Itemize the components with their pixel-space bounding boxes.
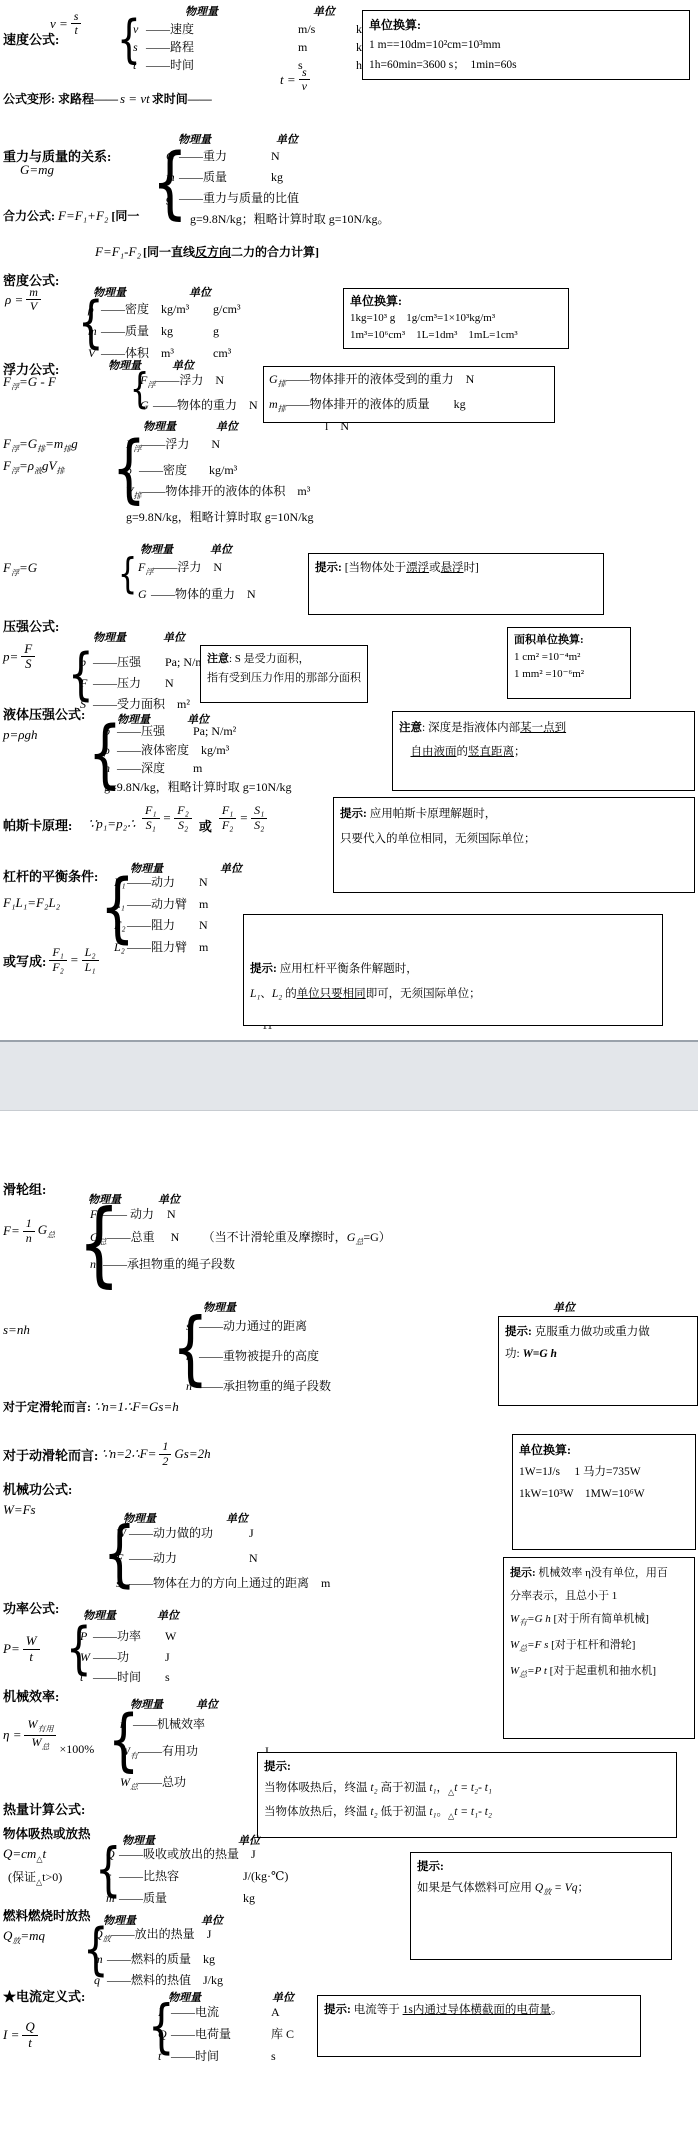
box-line: 当物体吸热后，终温 t₂ 高于初温 t₁，△t = t₂- t₁ [264, 1778, 670, 1802]
qty-label: 物理量 [93, 629, 126, 645]
formula-lhs: v = [50, 16, 68, 32]
quantity-row: W——功J [80, 1647, 187, 1668]
combine-formula1-note: [同一 [111, 207, 139, 224]
quantity-row: L₂——阻力臂m [114, 937, 229, 959]
quantity-label: ——放出的热量 [111, 1924, 195, 1945]
quantity-unit: （当不计滑轮重及摩擦时，G总=G） [203, 1226, 391, 1253]
quantity-unit: m/s [298, 20, 344, 38]
quantity-label: ——动力 [127, 872, 187, 894]
quantity-label: ——物体的重力 [151, 583, 235, 606]
box-line: 只要代入的单位相同，无须国际单位； [340, 827, 688, 852]
quantity-label: ——吸收或放出的热量 [119, 1843, 239, 1865]
formula-lhs: F= [3, 1223, 20, 1239]
quantity-label: ——阻力臂 [127, 937, 187, 959]
quantity-symbol: c [106, 1865, 119, 1887]
moving-pulley-line: 对于动滑轮而言: ∵n=2∴F= 12 Gs=2h [3, 1434, 211, 1474]
moving-pulley-label: 对于动滑轮而言: [3, 1445, 98, 1464]
quantity-row: F——动力N [116, 1546, 345, 1571]
quantity-row: p——压强Pa; N/m² [80, 652, 208, 673]
quantity-unit: Pa; N/m² [193, 722, 236, 741]
heat-tip-box: 提示:当物体吸热后，终温 t₂ 高于初温 t₁，△t = t₂- t₁当物体放热… [257, 1752, 677, 1838]
power-title: 功率公式: [3, 1598, 59, 1617]
quantity-row: s——物体在力的方向上通过的距离m [116, 1571, 345, 1596]
buoyancy-formula4: F浮=G [3, 560, 37, 579]
quantity-label: ——电流 [171, 2001, 259, 2023]
gas-fuel-tip-box: 提示:如果是气体燃料可应用 Q放 = Vq； [410, 1852, 672, 1960]
quantity-symbol: G [166, 146, 179, 167]
buoyancy-formula3: F浮=ρ液gV排 [3, 458, 64, 477]
fraction-numerator: s [299, 66, 310, 80]
box-line: 1kW=10³W 1MW=10⁶W [519, 1483, 689, 1505]
power-unit-conversion-box: 单位换算: 1W=1J/s 1 马力=735W1kW=10³W 1MW=10⁶W [512, 1434, 696, 1550]
box-line: 提示: 克服重力做功或重力做 [505, 1321, 691, 1343]
combine-formula2: F=F₁-F₂ [95, 244, 141, 260]
fraction-denominator: t [71, 24, 82, 37]
or-label: 或 [199, 816, 212, 835]
density-quantity-list: ρ——密度kg/m³g/cm³m——质量kggV——体积m³cm³ [88, 298, 253, 364]
quantity-row: F₂——阻力N [114, 915, 229, 937]
current-tip-box: 提示: 电流等于 1s内通过导体横截面的电荷量。 [317, 1995, 641, 2057]
box-lines: 1 m==10dm=10²cm=10³mm1h=60min=3600 s； 1m… [369, 35, 683, 75]
percent-multiplier: ×100% [59, 1742, 94, 1757]
box-line: 1m³=10⁶cm³ 1L=1dm³ 1mL=1cm³ [350, 327, 562, 344]
equals-sign: = [163, 810, 172, 826]
quantity-row: m ——燃料的质量kg [94, 1949, 231, 1970]
quantity-unit: kg [271, 167, 301, 188]
quantity-unit-header: 物理量单位 [178, 131, 298, 147]
quantity-label: ——电荷量 [171, 2023, 259, 2045]
current-quantity-list: I——电流AQ——电荷量库 Ct——时间s [158, 2001, 294, 2067]
box-line: 1h=60min=3600 s； 1min=60s [369, 55, 683, 75]
box-lines: 1 cm² =10⁻⁴m²1 mm² =10⁻⁶m² [514, 649, 624, 683]
quantity-label: ——时间 [171, 2045, 259, 2067]
quantity-unit: g [213, 320, 253, 342]
quantity-row: ρ——液体密度kg/m³ [104, 741, 292, 760]
formula-transform-line: 公式变形: 求路程—— s = vt 求时间—— [3, 90, 212, 107]
pressure-quantity-list: p——压强Pa; N/m²F——压力NS——受力面积m² [80, 652, 208, 715]
quantity-label: ——液体密度 [117, 741, 189, 760]
quantity-row: ρ——密度kg/m³ [126, 460, 327, 482]
quantity-label: ——时间 [146, 56, 286, 74]
lever-tip-box: 提示: 应用杠杆平衡条件解题时，L₁、L₂ 的单位只要相同即可，无须国际单位； [243, 914, 663, 1026]
quantity-symbol: L₁ [114, 894, 127, 916]
quantity-symbol: n [186, 1371, 199, 1401]
fraction: F₁F₂ [219, 804, 237, 831]
liquid-pressure-formula: p=ρgh [3, 727, 38, 743]
quantity-symbol: G [140, 395, 153, 415]
pascal-premise: ∵p₁=p₂∴ [88, 816, 135, 832]
quantity-row: G——重力N [166, 146, 390, 167]
quantity-row: G总——总重N（当不计滑轮重及摩擦时，G总=G） [90, 1226, 391, 1253]
quantity-row: Q ——吸收或放出的热量J [106, 1843, 288, 1865]
formula-lhs: p= [3, 649, 18, 665]
quantity-symbol: s [186, 1311, 199, 1341]
buoyancy-formula2: F浮=G排=m排g [3, 436, 78, 455]
fraction-denominator: L₁ [82, 961, 99, 974]
quantity-row: L₁——动力臂m [114, 894, 229, 916]
quantity-label: ——物体排开的液体的体积 [141, 481, 285, 503]
quantity-unit: g/cm³ [213, 298, 253, 320]
unit-label: 单位 [196, 1696, 218, 1712]
pulley-title: 滑轮组: [3, 1179, 46, 1198]
work-formula: W=Fs [3, 1502, 36, 1518]
moving-pulley-premise: ∵n=2∴F= [101, 1446, 156, 1462]
box-line: 提示: [417, 1857, 665, 1878]
page-separator [0, 1040, 698, 1111]
quantity-unit-header: 物理量单位 [143, 418, 238, 434]
quantity-row: V排——物体排开的液体的体积m³ [126, 481, 327, 507]
quantity-symbol: F [80, 673, 93, 694]
box-lines: 提示:如果是气体燃料可应用 Q放 = Vq； [417, 1857, 665, 1902]
box-line: L₁、L₂ 的单位只要相同即可，无须国际单位； [250, 982, 656, 1007]
quantity-symbol: W有 [120, 1738, 138, 1769]
combined-force-line1: 合力公式: F=F₁+F₂ [同一 [3, 207, 139, 224]
fraction-numerator: F₂ [174, 804, 192, 818]
quantity-label: ——密度 [139, 460, 197, 482]
quantity-symbol: t [80, 1667, 93, 1688]
box-line: 分率表示，且总小于 1 [510, 1585, 688, 1608]
buoyancy-quantity-list1: F浮——浮力NG——物体的重力N [140, 370, 275, 415]
quantity-symbol: s [133, 38, 146, 56]
fraction: st [71, 10, 82, 37]
heat-subtitle: 物体吸热或放热 [3, 1824, 91, 1842]
quantity-symbol: m [106, 1887, 119, 1909]
fuel-title: 燃料燃烧时放热 [3, 1906, 91, 1924]
quantity-label: ——总功 [138, 1769, 252, 1796]
quantity-symbol: F浮 [138, 556, 153, 583]
displaced-liquid-box: G排——物体排开的液体受到的重力 Nm排——物体排开的液体的质量 kg [263, 366, 555, 423]
quantity-unit: s [165, 1667, 187, 1688]
pascal-formula: F₁S₁ = F₂S₂ 或 F₁F₂ = S₁S₂ [142, 794, 267, 842]
transform-label2: 求时间—— [152, 90, 212, 107]
pascal-title: 帕斯卡原理: [3, 815, 72, 834]
quantity-row: t——时间s [158, 2045, 294, 2067]
quantity-row: g=9.8N/kg；粗略计算时取 g=10N/kg。 [166, 209, 390, 230]
quantity-row: W——动力做的功J [116, 1521, 345, 1546]
quantity-symbol: q [94, 1970, 107, 1991]
quantity-row: p——压强Pa; N/m² [104, 722, 292, 741]
quantity-symbol: Q [106, 1843, 119, 1865]
quantity-symbol: I [158, 2001, 171, 2023]
quantity-symbol: L₂ [114, 937, 127, 959]
fraction-denominator: F₂ [49, 961, 67, 974]
quantity-symbol: s [116, 1571, 129, 1596]
box-line: 1 cm² =10⁻⁴m² [514, 649, 624, 666]
box-line: 提示: 应用杠杆平衡条件解题时， [250, 957, 656, 982]
quantity-label: ——密度 [101, 298, 149, 320]
quantity-label: ——浮力 [153, 556, 201, 579]
lever-alt-label: 或写成: [3, 951, 46, 970]
fraction-numerator: F [21, 642, 35, 657]
box-line: m排——物体排开的液体的质量 kg [269, 394, 549, 419]
power-formula: P= Wt [3, 1625, 40, 1673]
lever-title: 杠杆的平衡条件: [3, 866, 98, 885]
quantity-label: ——承担物重的绳子段数 [199, 1371, 531, 1401]
quantity-unit: m [193, 759, 223, 778]
fraction-numerator: W有用 [24, 1718, 56, 1735]
box-lines: 注意: 深度是指液体内部某一点到 自由液面的竖直距离； [399, 716, 688, 764]
transform-formula2: t = sv [280, 66, 310, 93]
quantity-label: ——总重 [107, 1226, 159, 1249]
fraction: 1n [23, 1217, 35, 1244]
fraction-denominator: S₂ [174, 819, 192, 832]
box-line: W总=F s [对于杠杆和滑轮] [510, 1634, 688, 1660]
formula-rhs: G总 [38, 1222, 55, 1241]
quantity-row: F浮——浮力N [126, 434, 327, 460]
lever-formula: F₁L₁=F₂L₂ [3, 895, 60, 911]
formula-lhs: P= [3, 1641, 20, 1657]
quantity-row: η——机械效率 [120, 1711, 284, 1738]
quantity-unit: J/(kg·℃) [243, 1865, 288, 1887]
quantity-symbol: v [133, 20, 146, 38]
quantity-unit: kg [161, 320, 201, 342]
quantity-row: ρ——密度kg/m³g/cm³ [88, 298, 253, 320]
depth-note-box: 注意: 深度是指液体内部某一点到 自由液面的竖直距离； [392, 711, 695, 791]
quantity-label: ——重力 [179, 146, 259, 167]
quantity-label: g=9.8N/kg，粗略计算时取 g=10N/kg [126, 507, 314, 529]
quantity-symbol: Q放 [94, 1924, 111, 1949]
unit-label: 单位 [210, 541, 232, 557]
fraction: F₁S₁ [142, 804, 160, 831]
quantity-symbol: g [166, 188, 179, 209]
fraction: F₂S₂ [174, 804, 192, 831]
quantity-symbol: p [104, 722, 117, 741]
quantity-label: ——浮力 [155, 370, 203, 390]
area-unit-box: 面积单位换算: 1 cm² =10⁻⁴m²1 mm² =10⁻⁶m² [507, 627, 631, 699]
quantity-row: F₁——动力N [114, 872, 229, 894]
box-lines: 1kg=10³ g 1g/cm³=1×10³kg/m³1m³=10⁶cm³ 1L… [350, 310, 562, 344]
current-title: ★电流定义式: [3, 1986, 85, 2005]
buoyancy-quantity-list3: F浮——浮力NG——物体的重力N [138, 556, 273, 606]
quantity-unit: N [215, 370, 241, 390]
unit-label: 单位 [276, 131, 298, 147]
fraction: mV [26, 286, 41, 313]
combine-formula1: F=F₁+F₂ [58, 208, 108, 224]
quantity-label: ——有用功 [138, 1738, 252, 1765]
quantity-row: c ——比热容J/(kg·℃) [106, 1865, 288, 1887]
quantity-symbol: G [138, 583, 151, 606]
box-line: 1kg=10³ g 1g/cm³=1×10³kg/m³ [350, 310, 562, 327]
pulley-formula: F= 1n G总 [3, 1206, 55, 1256]
box-lines: 1W=1J/s 1 马力=735W1kW=10³W 1MW=10⁶W [519, 1461, 689, 1505]
combine-formula2-note: [同一直线反方向二力的合力计算] [143, 243, 319, 260]
quantity-label: ——重力与质量的比值 [179, 188, 299, 209]
quantity-row: n——承担物重的绳子段数 [90, 1253, 391, 1276]
quantity-symbol: F₂ [114, 915, 127, 937]
quantity-symbol: W总 [120, 1769, 138, 1800]
quantity-symbol: ρ [104, 741, 117, 760]
fraction-numerator: 1 [159, 1440, 171, 1454]
box-lines: G排——物体排开的液体受到的重力 Nm排——物体排开的液体的质量 kg [269, 369, 549, 420]
formula-lhs: η = [3, 1727, 21, 1743]
fraction-numerator: S₁ [251, 804, 267, 818]
buoyancy-formula1: F浮=G - F [3, 374, 56, 393]
fraction-denominator: W总 [24, 1736, 56, 1752]
quantity-unit: N [171, 1226, 191, 1249]
combine-label: 合力公式: [3, 207, 55, 224]
quantity-row: Q——电荷量库 C [158, 2023, 294, 2045]
quantity-row: h——深度m [104, 759, 292, 778]
quantity-unit: A [271, 2001, 293, 2023]
box-line: G排——物体排开的液体受到的重力 N [269, 369, 549, 394]
box-line: 提示: [264, 1757, 670, 1778]
quantity-unit: N [199, 872, 229, 894]
quantity-symbol: F [116, 1546, 129, 1571]
quantity-row: m ——质量kg [106, 1887, 288, 1909]
unit-conversion-box: 单位换算: 1kg=10³ g 1g/cm³=1×10³kg/m³1m³=10⁶… [343, 288, 569, 349]
quantity-symbol: ρ [126, 460, 139, 482]
work-title: 机械功公式: [3, 1479, 72, 1498]
quantity-unit-header: 物理量单位 [185, 3, 335, 19]
fraction-denominator: t [23, 1650, 40, 1664]
quantity-symbol: t [158, 2045, 171, 2067]
physics-formula-sheet: 11 速度公式: v = st 物理量单位 { v——速度m/skm/hs——路… [0, 0, 698, 2133]
pressure-formula: p= FS [3, 642, 35, 672]
quantity-unit-header: 物理量单位 [83, 1607, 179, 1623]
transform-label1: 公式变形: 求路程—— [3, 90, 118, 107]
box-line: 如果是气体燃料可应用 Q放 = Vq； [417, 1878, 665, 1902]
quantity-row: F——压力N [80, 673, 208, 694]
quantity-symbol: P [80, 1626, 93, 1647]
box-line: 注意: 深度是指液体内部某一点到 [399, 716, 688, 740]
box-line: 自由液面的竖直距离； [399, 740, 688, 764]
quantity-symbol: F浮 [140, 370, 155, 395]
box-line: 1 m==10dm=10²cm=10³mm [369, 35, 683, 55]
pascal-tip-box: 提示: 应用帕斯卡原理解题时，只要代入的单位相同，无须国际单位； [333, 797, 695, 893]
quantity-unit: kg/m³ [201, 741, 231, 760]
quantity-label: ——承担物重的绳子段数 [103, 1253, 235, 1276]
quantity-row: g——重力与质量的比值 [166, 188, 390, 209]
quantity-symbol: W [80, 1647, 93, 1668]
quantity-row: m——质量kg [166, 167, 390, 188]
quantity-unit: m [321, 1571, 345, 1596]
quantity-symbol: V [88, 342, 101, 364]
fraction: S₁S₂ [251, 804, 267, 831]
fraction-denominator: F₂ [219, 819, 237, 832]
box-line: 提示: 应用帕斯卡原理解题时， [340, 802, 688, 827]
quantity-label: ——动力做的功 [129, 1521, 237, 1546]
unit-label: 单位 [313, 3, 335, 19]
heat-condition-note: (保证△t>0) [8, 1868, 62, 1886]
fraction: Wt [23, 1634, 40, 1664]
box-line: W有=G h [对于所有简单机械] [510, 1608, 688, 1634]
fraction: F₁F₂ [49, 946, 67, 973]
quantity-unit: N [247, 583, 273, 606]
box-line: W总=P t [对于起重机和抽水机] [510, 1660, 688, 1686]
quantity-label: —— 动力 [103, 1203, 155, 1226]
quantity-symbol: Q [158, 2023, 171, 2045]
quantity-row: F—— 动力N [90, 1203, 391, 1226]
quantity-unit: J [251, 1843, 275, 1865]
quantity-label: ——路程 [146, 38, 286, 56]
quantity-label: ——功 [93, 1647, 153, 1668]
quantity-label: ——动力臂 [127, 894, 187, 916]
quantity-symbol: p [80, 652, 93, 673]
unit-label: 单位 [163, 629, 185, 645]
box-line: 当物体放热后，终温 t₂ 低于初温 t₁。△t = t₁- t₂ [264, 1802, 670, 1826]
pulley-quantity-list: F—— 动力NG总——总重N（当不计滑轮重及摩擦时，G总=G）n——承担物重的绳… [90, 1203, 391, 1276]
liquid-quantity-list: p——压强Pa; N/m²ρ——液体密度kg/m³h——深度mg=9.8N/kg… [104, 722, 292, 796]
quantity-unit: kg [243, 1887, 267, 1909]
quantity-symbol: G总 [90, 1226, 107, 1253]
box-lines: 提示: 应用杠杆平衡条件解题时，L₁、L₂ 的单位只要相同即可，无须国际单位； [250, 957, 656, 1007]
quantity-label: ——压力 [93, 673, 153, 694]
formula-lhs: ρ = [5, 292, 23, 308]
fraction: W有用W总 [24, 1718, 56, 1751]
quantity-unit-header: 物理量单位 [130, 1696, 218, 1712]
fraction-numerator: F₁ [49, 946, 67, 960]
box-lines: 提示: [当物体处于漂浮或悬浮时] [315, 558, 597, 578]
box-line: 1W=1J/s 1 马力=735W [519, 1461, 689, 1483]
fraction-numerator: W [23, 1634, 40, 1649]
quantity-label: ——功率 [93, 1626, 153, 1647]
fraction-denominator: S [21, 657, 35, 671]
box-lines: 提示: 电流等于 1s内通过导体横截面的电荷量。 [324, 2000, 634, 2020]
quantity-unit: N [167, 1203, 187, 1226]
qty-label: 物理量 [185, 3, 218, 19]
quantity-row: G——物体的重力N [138, 583, 273, 606]
quantity-unit: kg/m³ [161, 298, 201, 320]
heat-quantity-list: Q ——吸收或放出的热量Jc ——比热容J/(kg·℃)m ——质量kg [106, 1843, 288, 1909]
quantity-row: G——物体的重力N [140, 395, 275, 415]
quantity-row: F浮——浮力N [140, 370, 275, 395]
quantity-unit-header: 物理量单位 [93, 629, 185, 645]
quantity-symbol: h [186, 1341, 199, 1371]
quantity-label: ——压强 [117, 722, 181, 741]
fraction-numerator: m [26, 286, 41, 300]
fraction: FS [21, 642, 35, 672]
fixed-pulley-line: 对于定滑轮而言: ∵n=1∴F=Gs=h [3, 1398, 179, 1415]
fraction-denominator: n [23, 1232, 35, 1245]
box-lines: 提示: 机械效率 η没有单位，用百分率表示，且总小于 1W有=G h [对于所有… [510, 1562, 688, 1687]
gravity-formula: G=mg [20, 162, 54, 178]
quantity-symbol: W [116, 1521, 129, 1546]
quantity-row: F浮——浮力N [138, 556, 273, 583]
quantity-symbol: t [133, 56, 146, 74]
quantity-label: ——时间 [93, 1667, 153, 1688]
quantity-symbol: n [90, 1253, 103, 1276]
quantity-unit: J [207, 1924, 231, 1945]
quantity-label: ——动力 [129, 1546, 237, 1571]
quantity-label: ——物体在力的方向上通过的距离 [129, 1571, 309, 1596]
quantity-label: ——质量 [179, 167, 259, 188]
quantity-symbol: V排 [126, 481, 141, 507]
box-line: 提示: 电流等于 1s内通过导体横截面的电荷量。 [324, 2000, 634, 2020]
quantity-unit: m³ [297, 481, 327, 503]
lever-alt-formula: 或写成: F₁F₂ = L₂L₁ [3, 938, 99, 982]
quantity-unit: m [199, 894, 229, 916]
lever-quantity-list: F₁——动力NL₁——动力臂mF₂——阻力NL₂——阻力臂m [114, 872, 229, 958]
heat-title: 热量计算公式: [3, 1799, 85, 1818]
power-quantity-list: P——功率WW——功Jt——时间s [80, 1626, 187, 1688]
formula-lhs: t = [280, 72, 296, 88]
fixed-pulley-label: 对于定滑轮而言: [3, 1398, 91, 1415]
quantity-unit: J [249, 1521, 273, 1546]
quantity-label: ——浮力 [141, 434, 199, 456]
rope-tip-box: 提示: 克服重力做功或重力做功: W=G h [498, 1316, 698, 1406]
quantity-unit: J [165, 1647, 187, 1668]
fraction-numerator: F₁ [219, 804, 237, 818]
fraction: 12 [159, 1440, 171, 1467]
quantity-label: g=9.8N/kg；粗略计算时取 g=10N/kg。 [166, 209, 390, 230]
quantity-row: t——时间s [80, 1667, 187, 1688]
float-tip-box: 提示: [当物体处于漂浮或悬浮时] [308, 553, 604, 615]
quantity-label: ——质量 [101, 320, 149, 342]
rope-formula: s=nh [3, 1322, 30, 1338]
liquid-pressure-title: 液体压强公式: [3, 704, 85, 723]
quantity-label: ——阻力 [127, 915, 187, 937]
quantity-symbol: m [94, 1949, 107, 1970]
